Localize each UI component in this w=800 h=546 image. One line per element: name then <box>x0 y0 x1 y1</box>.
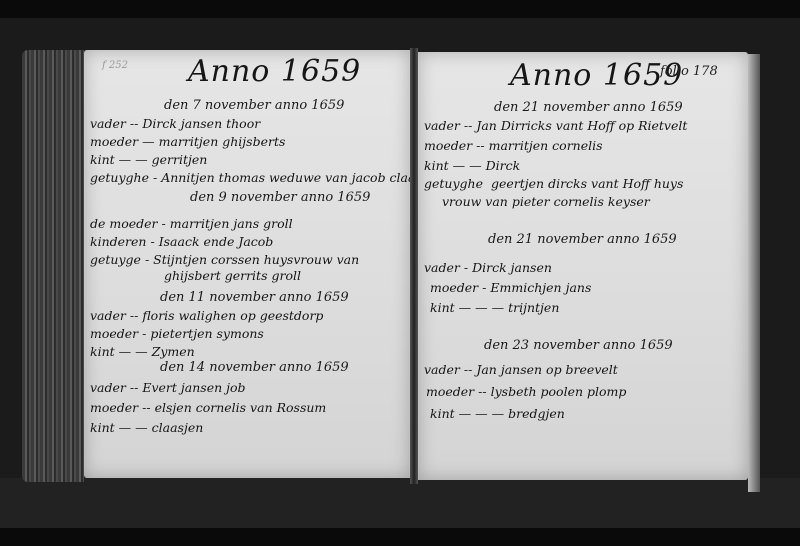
separator: — — <box>119 152 148 167</box>
person-name: bredgjen <box>508 406 565 421</box>
book-gutter <box>410 48 418 484</box>
record-row: vader--floris walighen op geestdorp <box>90 308 323 323</box>
record-row: kint— — —bredgjen <box>430 406 565 421</box>
person-name: Emmichjen jans <box>490 280 591 295</box>
separator: - <box>142 326 146 341</box>
role-label: vader <box>90 380 126 395</box>
entry-date: den 23 november anno 1659 <box>484 338 673 353</box>
record-row: vrouw van pieter cornelis keyser <box>442 194 650 209</box>
record-row: moeder-pietertjen symons <box>90 326 264 341</box>
person-name: Stijntjen corssen huysvrouw van <box>153 252 359 267</box>
separator: -- <box>130 380 138 395</box>
person-name: Zymen <box>152 344 195 359</box>
separator: — — <box>119 420 148 435</box>
separator: - <box>150 234 154 249</box>
record-row: moeder--elsjen cornelis van Rossum <box>90 400 326 415</box>
separator: — — — <box>459 406 504 421</box>
separator: - <box>162 216 166 231</box>
role-label: vader <box>424 260 460 275</box>
person-name: Annitjen thomas weduwe van jacob claas <box>161 170 422 185</box>
record-row: ghijsbert gerrits groll <box>164 268 301 283</box>
record-row: kint— — —trijntjen <box>430 300 559 315</box>
person-name: claasjen <box>152 420 204 435</box>
left-page: f 252 Anno 1659 den 7 november anno 1659… <box>84 50 410 478</box>
separator: — — — <box>459 300 504 315</box>
entry-date: den 21 november anno 1659 <box>494 100 683 115</box>
separator: -- <box>142 400 150 415</box>
entry-date: den 14 november anno 1659 <box>160 360 349 375</box>
person-name: Jan jansen op breevelt <box>476 362 617 377</box>
separator: - <box>153 170 157 185</box>
record-row: moeder—marritjen ghijsberts <box>90 134 285 149</box>
separator: -- <box>464 118 472 133</box>
person-name: geertjen dircks vant Hoff huys <box>491 176 683 191</box>
pencil-annotation: f 252 <box>102 60 128 71</box>
role-label: vader <box>90 308 126 323</box>
record-row: moeder-Emmichjen jans <box>430 280 591 295</box>
role-label: vader <box>90 116 126 131</box>
role-label: vader <box>424 362 460 377</box>
record-row: kint— —claasjen <box>90 420 203 435</box>
record-row: getuyghegeertjen dircks vant Hoff huys <box>424 176 683 191</box>
record-row: kint— —gerritjen <box>90 152 207 167</box>
record-row: moeder--marritjen cornelis <box>424 138 603 153</box>
role-label: kint <box>430 406 455 421</box>
separator: -- <box>478 384 486 399</box>
person-name: Evert jansen job <box>142 380 245 395</box>
record-row: vader--Evert jansen job <box>90 380 246 395</box>
person-name: ghijsbert gerrits groll <box>164 268 301 283</box>
scan-bottom-band <box>0 478 800 528</box>
person-name: Dirck <box>486 158 521 173</box>
role-label: vader <box>424 118 460 133</box>
person-name: lysbeth poolen plomp <box>491 384 627 399</box>
role-label: kint <box>90 344 115 359</box>
entry-date: den 21 november anno 1659 <box>488 232 677 247</box>
separator: — <box>142 134 155 149</box>
person-name: floris walighen op geestdorp <box>142 308 323 323</box>
page-edges-stack <box>22 50 84 482</box>
page-heading-left: Anno 1659 <box>188 54 361 89</box>
person-name: marritjen ghijsberts <box>159 134 286 149</box>
person-name: elsjen cornelis van Rossum <box>155 400 327 415</box>
record-row: getuyge-Stijntjen corssen huysvrouw van <box>90 252 359 267</box>
separator: -- <box>130 308 138 323</box>
person-name: marritjen jans groll <box>170 216 293 231</box>
record-row: kinderen-Isaack ende Jacob <box>90 234 273 249</box>
role-label: getuyghe <box>424 176 483 191</box>
separator: — — <box>119 344 148 359</box>
record-row: vader--Jan jansen op breevelt <box>424 362 618 377</box>
role-label: getuyge <box>90 252 141 267</box>
role-label: kinderen <box>90 234 146 249</box>
role-label: moeder <box>90 134 138 149</box>
person-name: marritjen cornelis <box>489 138 603 153</box>
role-label: kint <box>430 300 455 315</box>
role-label: kint <box>90 152 115 167</box>
separator: - <box>464 260 468 275</box>
role-label: moeder <box>90 326 138 341</box>
role-label: de moeder <box>90 216 158 231</box>
separator: -- <box>464 362 472 377</box>
entry-date: den 7 november anno 1659 <box>164 98 344 113</box>
role-label: moeder <box>90 400 138 415</box>
person-name: Dirck jansen <box>472 260 552 275</box>
right-page: Anno 1659 folio 178 den 21 november anno… <box>418 52 748 480</box>
record-row: de moeder-marritjen jans groll <box>90 216 293 231</box>
role-label: getuyghe <box>90 170 149 185</box>
person-name: Jan Dirricks vant Hoff op Rietvelt <box>476 118 687 133</box>
role-label: moeder <box>426 384 474 399</box>
person-name: gerritjen <box>152 152 208 167</box>
role-label: moeder <box>424 138 472 153</box>
folio-number: folio 178 <box>660 64 718 79</box>
record-row: kint— —Dirck <box>424 158 520 173</box>
role-label: moeder <box>430 280 478 295</box>
separator: - <box>482 280 486 295</box>
right-page-edge <box>748 54 760 492</box>
person-name: vrouw van pieter cornelis keyser <box>442 194 650 209</box>
person-name: trijntjen <box>508 300 559 315</box>
entry-date: den 11 november anno 1659 <box>160 290 349 305</box>
role-label: kint <box>90 420 115 435</box>
separator: - <box>145 252 149 267</box>
record-row: vader--Jan Dirricks vant Hoff op Rietvel… <box>424 118 687 133</box>
person-name: pietertjen symons <box>150 326 263 341</box>
page-heading-right: Anno 1659 <box>510 58 683 93</box>
role-label: kint <box>424 158 449 173</box>
person-name: Dirck jansen thoor <box>142 116 260 131</box>
separator: — — <box>453 158 482 173</box>
record-row: kint— —Zymen <box>90 344 195 359</box>
person-name: Isaack ende Jacob <box>159 234 274 249</box>
record-row: moeder--lysbeth poolen plomp <box>426 384 626 399</box>
record-row: vader-Dirck jansen <box>424 260 552 275</box>
separator: -- <box>476 138 484 153</box>
record-row: vader--Dirck jansen thoor <box>90 116 260 131</box>
entry-date: den 9 november anno 1659 <box>190 190 370 205</box>
record-row: getuyghe-Annitjen thomas weduwe van jaco… <box>90 170 422 185</box>
separator: -- <box>130 116 138 131</box>
